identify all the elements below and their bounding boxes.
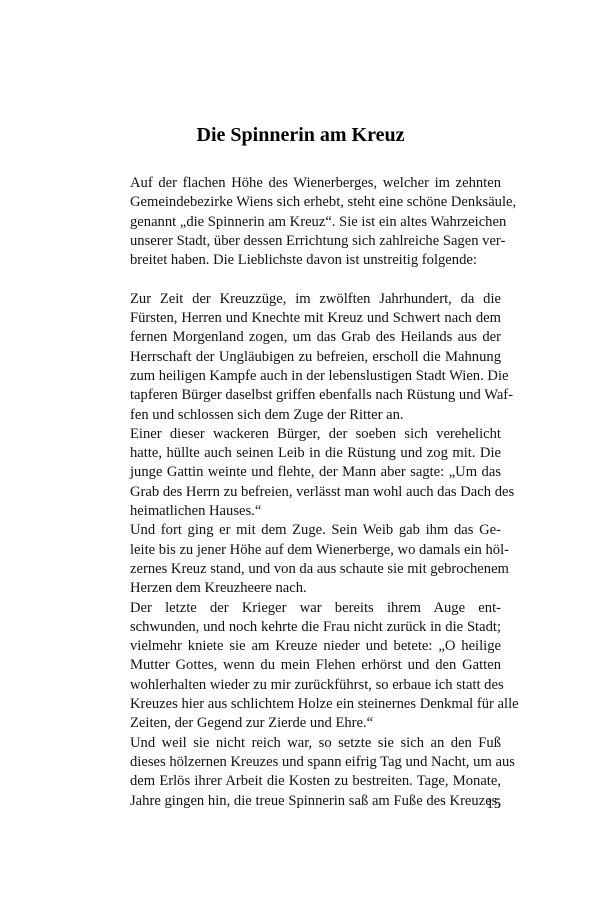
- text-line: Mutter Gottes, wenn du mein Flehen erhör…: [100, 656, 501, 675]
- paragraph-intro: Auf der flachen Höhe des Wienerberges, w…: [100, 174, 501, 270]
- text-line: zum heiligen Kampfe auch in der lebenslu…: [100, 367, 501, 386]
- text-line: wohlerhalten wieder zu mir zurückführst,…: [100, 676, 501, 695]
- text-line: junge Gattin weinte und flehte, der Mann…: [100, 463, 501, 482]
- paragraph-spinning: Und weil sie nicht reich war, so setzte …: [100, 734, 501, 811]
- text-line: unserer Stadt, über dessen Errichtung si…: [100, 232, 501, 251]
- text-line: breitet haben. Die Lieblichste davon ist…: [100, 251, 501, 270]
- text-line: vielmehr kniete sie am Kreuze nieder und…: [100, 637, 501, 656]
- text-line: dieses hölzernen Kreuzes und spann eifri…: [100, 753, 501, 772]
- text-line: schwunden, und noch kehrte die Frau nich…: [100, 618, 501, 637]
- text-line: fen und schlossen sich dem Zuge der Ritt…: [100, 406, 501, 425]
- text-line: hatte, hüllte auch seinen Leib in die Rü…: [100, 444, 501, 463]
- text-line: Herzen dem Kreuzheere nach.: [100, 579, 501, 598]
- text-line: Zur Zeit der Kreuzzüge, im zwölften Jahr…: [100, 290, 501, 309]
- text-line: zernes Kreuz stand, und von da aus schau…: [100, 560, 501, 579]
- text-line: Grab des Herrn zu befreien, verlässt man…: [100, 483, 501, 502]
- text-line: Kreuzes hier aus schlichtem Holze ein st…: [100, 695, 501, 714]
- text-line: Und weil sie nicht reich war, so setzte …: [100, 734, 501, 753]
- text-line: tapferen Bürger daselbst griffen ebenfal…: [100, 386, 501, 405]
- book-page: Die Spinnerin am Kreuz Auf der flachen H…: [0, 0, 600, 900]
- text-line: Auf der flachen Höhe des Wienerberges, w…: [100, 174, 501, 193]
- body-text: Auf der flachen Höhe des Wienerberges, w…: [100, 174, 501, 811]
- text-line: Der letzte der Krieger war bereits ihrem…: [100, 599, 501, 618]
- page-number: 15: [470, 795, 501, 813]
- text-line: Einer dieser wackeren Bürger, der soeben…: [100, 425, 501, 444]
- text-line: Jahre gingen hin, die treue Spinnerin sa…: [100, 792, 501, 811]
- paragraph-departure: Und fort ging er mit dem Zuge. Sein Weib…: [100, 521, 501, 598]
- text-line: genannt „die Spinnerin am Kreuz“. Sie is…: [100, 213, 501, 232]
- text-line: Herrschaft der Ungläubigen zu befreien, …: [100, 348, 501, 367]
- text-line: Und fort ging er mit dem Zuge. Sein Weib…: [100, 521, 501, 540]
- text-line: fernen Morgenland zogen, um das Grab des…: [100, 328, 501, 347]
- paragraph-citizen: Einer dieser wackeren Bürger, der soeben…: [100, 425, 501, 521]
- text-line: heimatlichen Hauses.“: [100, 502, 501, 521]
- paragraph-prayer: Der letzte der Krieger war bereits ihrem…: [100, 599, 501, 734]
- text-line: Fürsten, Herren und Knechte mit Kreuz un…: [100, 309, 501, 328]
- text-line: Zeiten, der Gegend zur Zierde und Ehre.“: [100, 714, 501, 733]
- text-line: dem Erlös ihrer Arbeit die Kosten zu bes…: [100, 772, 501, 791]
- page-title: Die Spinnerin am Kreuz: [100, 122, 501, 148]
- paragraph-crusades: Zur Zeit der Kreuzzüge, im zwölften Jahr…: [100, 290, 501, 425]
- text-line: leite bis zu jener Höhe auf dem Wienerbe…: [100, 541, 501, 560]
- text-line: Gemeindebezirke Wiens sich erhebt, steht…: [100, 193, 501, 212]
